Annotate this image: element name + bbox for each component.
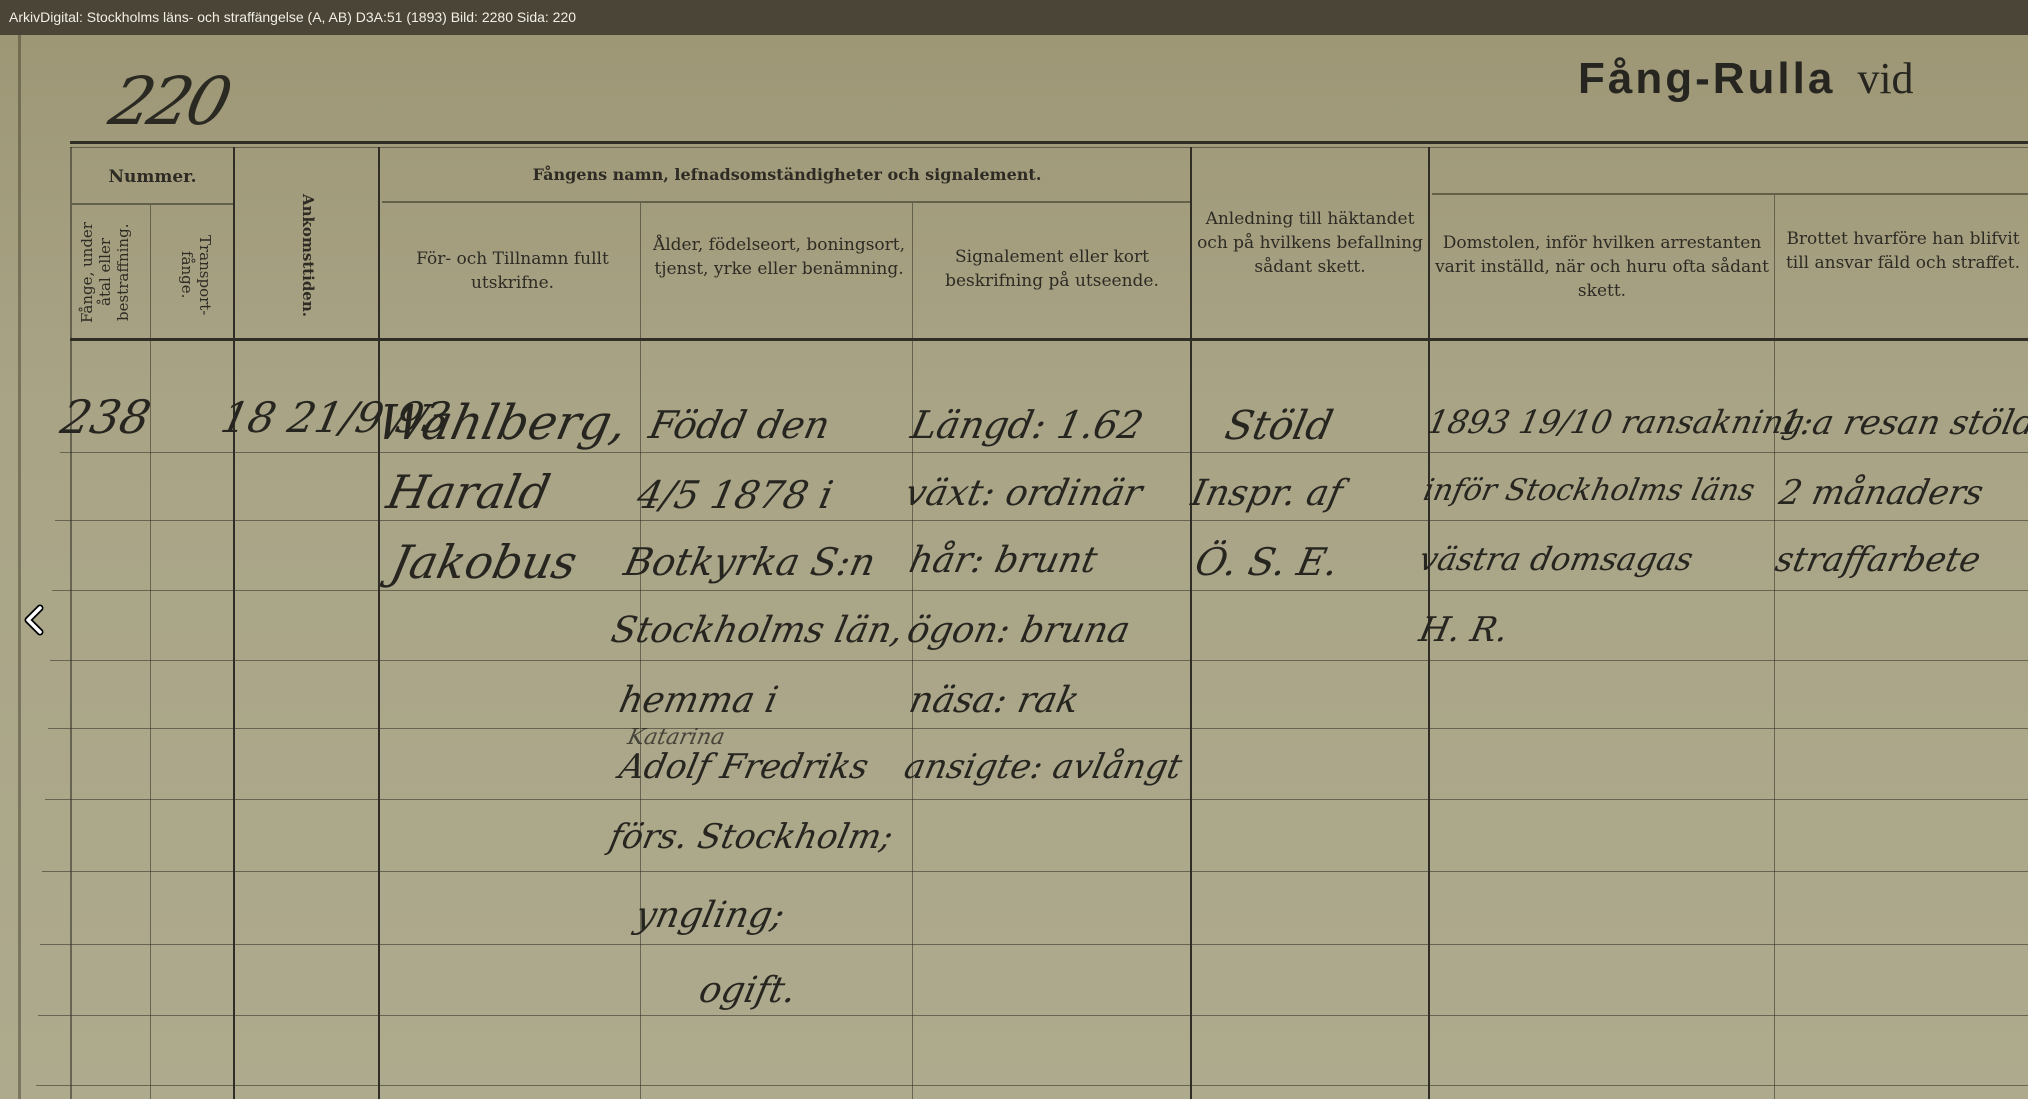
entry-brottet-2: straffarbete bbox=[1772, 540, 1984, 580]
top-rule bbox=[70, 141, 2028, 144]
entry-anledning-0: Stöld bbox=[1221, 403, 1337, 449]
header-domstolen: Domstolen, inför hvilken arrestanten var… bbox=[1432, 231, 1772, 303]
fangens-divider bbox=[382, 201, 1192, 203]
entry-alder-6: Adolf Fredriks bbox=[616, 747, 872, 787]
entry-namn-1: Harald bbox=[382, 465, 555, 519]
entry-signalement-5: ansigte: avlångt bbox=[901, 747, 1186, 787]
header-ankomsttiden: Ankomsttiden. bbox=[295, 180, 317, 330]
entry-domstolen-3: H. R. bbox=[1416, 610, 1512, 650]
archive-page-image[interactable]: 220 Fång-Rullavid Nummer. Fånge, under å… bbox=[0, 35, 2028, 1099]
entry-domstolen-1: inför Stockholms läns bbox=[1420, 473, 1758, 508]
row-line bbox=[42, 871, 2028, 872]
entry-alder-3: Stockholms län, bbox=[608, 610, 908, 651]
entry-alder-4: hemma i bbox=[616, 680, 782, 721]
previous-page-button[interactable] bbox=[20, 600, 50, 640]
top-rule-thin bbox=[70, 147, 2028, 148]
entry-brottet-0: 1:a resan stöld bbox=[1776, 403, 2028, 443]
entry-nummer: 238 bbox=[56, 390, 155, 444]
domstol-divider bbox=[1432, 193, 2028, 195]
window-title-bar: ArkivDigital: Stockholms läns- och straf… bbox=[0, 0, 2028, 35]
entry-anledning-1: Inspr. af bbox=[1188, 473, 1347, 514]
page-binding-edge bbox=[18, 35, 21, 1099]
col-line-3 bbox=[378, 147, 380, 1099]
entry-namn-0: Wahlberg, bbox=[372, 395, 632, 451]
col-line-4 bbox=[640, 203, 641, 1099]
entry-brottet-1: 2 månaders bbox=[1776, 473, 1987, 513]
header-brottet: Brottet hvarföre han blifvit till ansvar… bbox=[1778, 227, 2028, 275]
header-bottom-rule bbox=[70, 338, 2028, 341]
entry-namn-2: Jakobus bbox=[386, 535, 582, 589]
entry-alder-8: yngling; bbox=[632, 895, 789, 936]
row-line bbox=[40, 944, 2028, 945]
entry-domstolen-0: 1893 19/10 ransakning bbox=[1424, 403, 1808, 441]
entry-alder-1: 4/5 1878 i bbox=[633, 473, 837, 517]
col-line-0 bbox=[70, 147, 72, 1099]
entry-signalement-0: Längd: 1.62 bbox=[907, 403, 1147, 447]
col-line-2 bbox=[233, 147, 235, 1099]
entry-alder-7: förs. Stockholm; bbox=[606, 817, 897, 857]
row-line bbox=[50, 660, 2028, 661]
entry-anledning-2: Ö. S. E. bbox=[1191, 540, 1342, 584]
entry-alder-9: ogift. bbox=[696, 970, 800, 1011]
header-namn: För- och Tillnamn fullt utskrifne. bbox=[405, 247, 620, 295]
row-line bbox=[48, 728, 2028, 729]
entry-alder-0: Född den bbox=[645, 403, 834, 447]
col-line-8 bbox=[1774, 195, 1775, 1099]
row-line bbox=[52, 590, 2028, 591]
entry-signalement-1: växt: ordinär bbox=[902, 473, 1146, 514]
row-line bbox=[36, 1085, 2028, 1086]
header-anledning: Anledning till häktandet och på hvilkens… bbox=[1194, 207, 1426, 279]
header-nummer: Nummer. bbox=[72, 165, 233, 189]
header-alder: Ålder, födelseort, boningsort, tjenst, y… bbox=[650, 233, 908, 281]
row-line bbox=[55, 520, 2028, 521]
entry-signalement-3: ögon: bruna bbox=[904, 610, 1134, 651]
entry-alder-2: Botkyrka S:n bbox=[620, 540, 879, 584]
col-line-5 bbox=[912, 203, 913, 1099]
entry-domstolen-2: västra domsagas bbox=[1416, 540, 1697, 578]
form-title-plain: vid bbox=[1857, 54, 1913, 103]
row-line bbox=[38, 1015, 2028, 1016]
header-nummer-fange: Fånge, under åtal eller bestraffning. bbox=[78, 210, 144, 335]
form-title-bold: Fång-Rulla bbox=[1578, 54, 1835, 103]
form-title: Fång-Rullavid bbox=[1578, 53, 1914, 104]
entry-signalement-2: hår: brunt bbox=[906, 540, 1101, 581]
header-signalement: Signalement eller kort beskrifning på ut… bbox=[918, 245, 1186, 293]
col-line-1 bbox=[150, 205, 151, 1099]
row-line bbox=[60, 452, 2028, 453]
col-line-6 bbox=[1190, 147, 1192, 1099]
chevron-left-icon bbox=[20, 600, 50, 640]
page-number: 220 bbox=[102, 63, 235, 140]
header-fangens-group: Fångens namn, lefnadsomständigheter och … bbox=[382, 163, 1192, 187]
header-nummer-transport: Transport-fånge. bbox=[170, 220, 214, 330]
row-line bbox=[45, 799, 2028, 800]
entry-signalement-4: näsa: rak bbox=[906, 680, 1083, 721]
window-title: ArkivDigital: Stockholms läns- och straf… bbox=[9, 9, 576, 25]
nummer-divider bbox=[72, 203, 234, 205]
